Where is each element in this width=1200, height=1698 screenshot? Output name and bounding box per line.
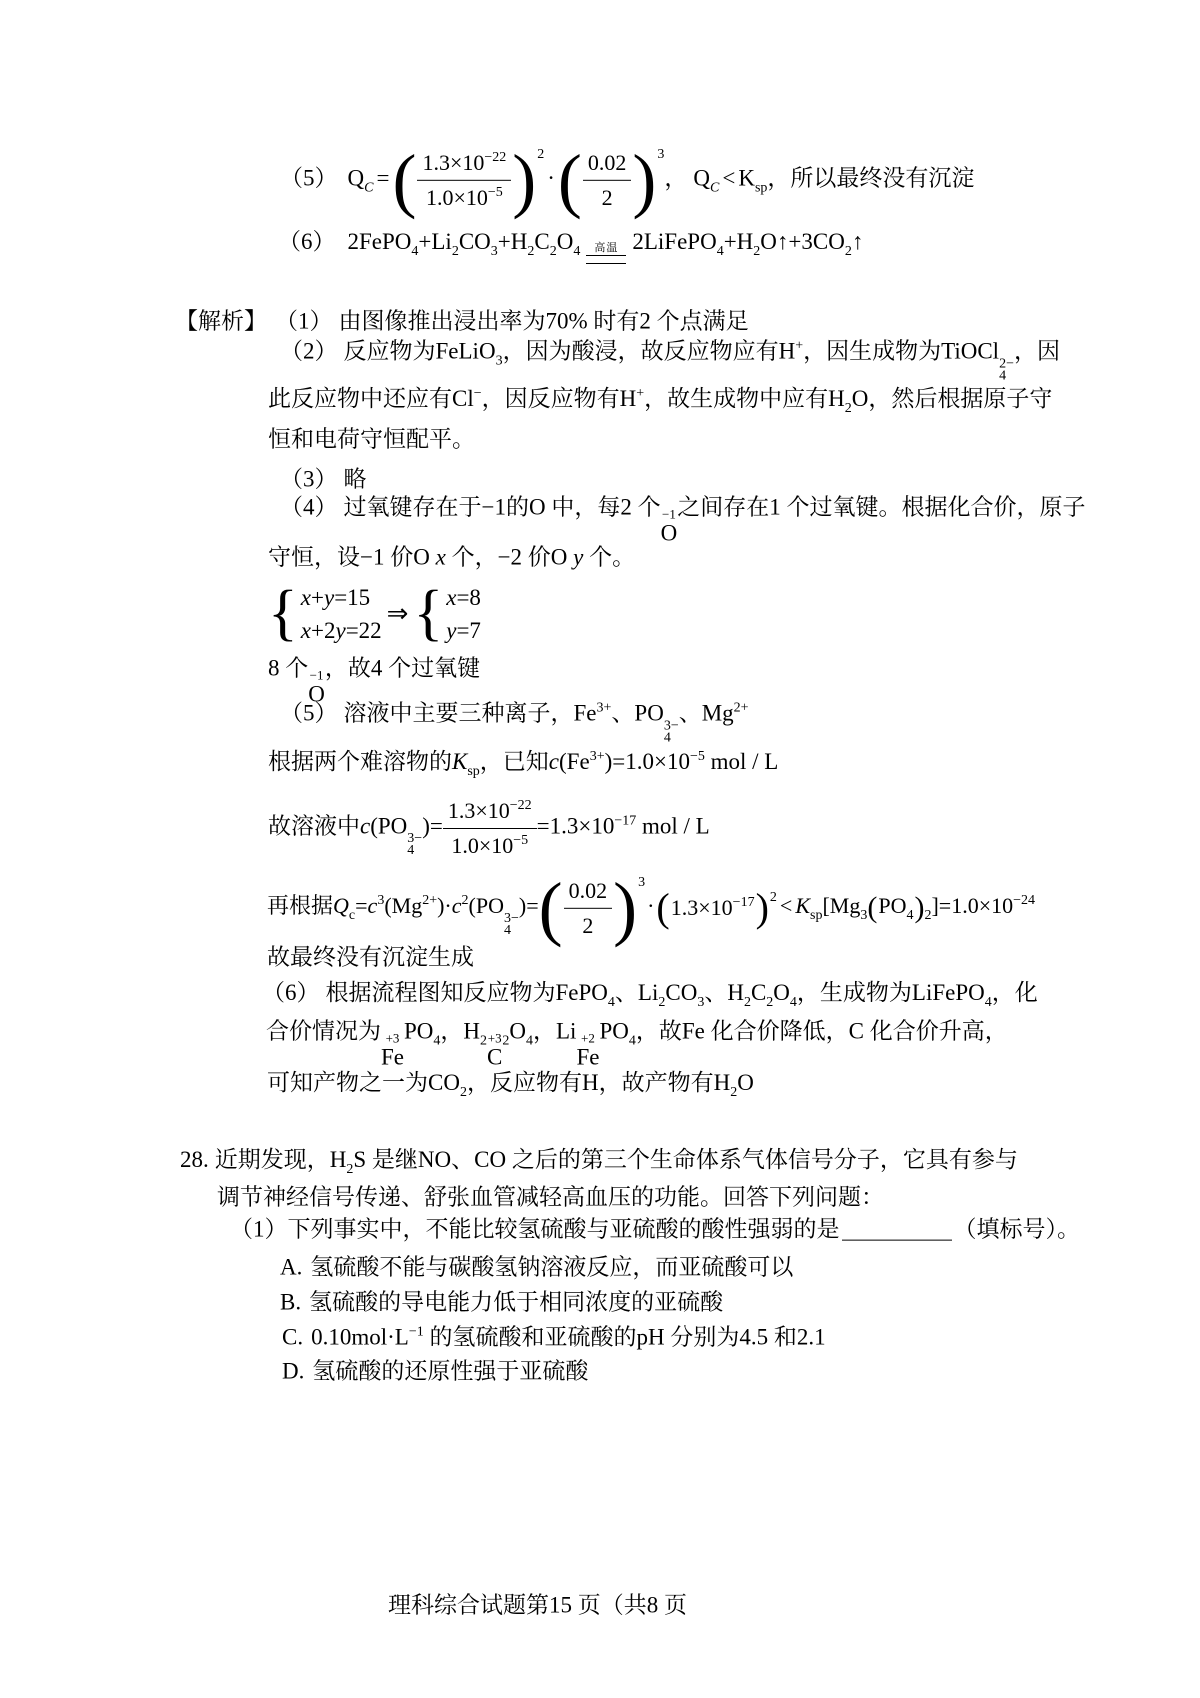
text: (PO (469, 893, 504, 918)
text: +Li (418, 229, 451, 254)
text: 1.3×10 (448, 798, 510, 823)
ans5-qc-formula: （5）QC=(1.3×10−221.0×10−5)2·(0.022)3，QC<K… (280, 146, 974, 214)
text: 、Mg (679, 701, 734, 726)
fraction: 1.3×10−221.0×10−5 (443, 796, 537, 860)
text: =1.3×10 (537, 813, 615, 838)
analysis-item3: （3）略 (280, 466, 367, 495)
math-variable: c (360, 813, 370, 838)
subscript: 2 (460, 1085, 467, 1100)
subscript: 4 (717, 244, 724, 259)
text: (Mg (384, 893, 422, 918)
text: Q (348, 165, 365, 190)
math-variable: x (446, 585, 456, 610)
analysis-item4-equations: {x+y=15x+2y=22⇒{x=8y=7 (268, 586, 481, 642)
sub-sup-stack: 3−4 (407, 833, 422, 857)
text: 略 (344, 467, 367, 492)
subscript: 2 (744, 995, 751, 1010)
text: ，生成物为LiFePO (797, 980, 985, 1005)
text: [Mg (822, 893, 860, 918)
text: ↑ (852, 229, 864, 254)
superscript: −24 (1013, 893, 1035, 908)
text: 故最终没有沉淀生成 (267, 945, 474, 970)
valence-over-label: +3C (487, 1032, 502, 1069)
text: （5） (280, 701, 338, 726)
valence-over-label: +2Fe (576, 1032, 599, 1069)
text: H (463, 1019, 480, 1044)
text: 个。 (583, 545, 635, 570)
analysis-item2-line3: 恒和电荷守恒配平。 (268, 426, 475, 455)
text: = (376, 165, 389, 190)
text: O (557, 229, 574, 254)
text: 氢硫酸的导电能力低于相同浓度的亚硫酸 (309, 1290, 723, 1315)
analysis-item5-line5: 故最终没有沉淀生成 (267, 944, 474, 973)
q28-intro-line1: 28.近期发现，H2S 是继NO、CO 之后的第三个生命体系气体信号分子，它具有… (180, 1146, 1018, 1179)
text: +H (724, 229, 754, 254)
text: PO (878, 893, 906, 918)
valence-over-label: +3Fe (381, 1032, 404, 1069)
equation-system: {x=8y=7 (413, 586, 480, 642)
text: 合价情况为 (266, 1019, 381, 1044)
text: ，化 (992, 980, 1038, 1005)
sub-sup-stack: 3−4 (664, 721, 679, 745)
analysis-item6-line2: 合价情况为+3FePO4，H2+3C2O4，Li+2FePO4，故Fe 化合价降… (266, 1018, 1008, 1069)
text: 28. (180, 1147, 209, 1172)
subscript: 4 (608, 995, 615, 1010)
text: 此反应物中还应有Cl (268, 386, 474, 411)
text: ， (440, 1019, 463, 1044)
text: Q (693, 165, 710, 190)
text: （6） (262, 980, 320, 1005)
valence-over-label: −1O (661, 508, 678, 545)
analysis-item2-line1: （2）反应物为FeLiO3，因为酸浸，故反应物应有H+，因生成物为TiOCl2−… (280, 338, 1060, 383)
fraction: 0.022 (564, 876, 613, 940)
analysis-item4-line2: 守恒，设−1 价O x 个，−2 价O y 个。 (268, 544, 635, 573)
math-variable: y (446, 618, 456, 643)
text: 恒和电荷守恒配平。 (268, 427, 475, 452)
subscript: C (710, 180, 719, 195)
paren-group: (0.022)3 (558, 146, 664, 214)
text: mol / L (636, 813, 709, 838)
analysis-item5-line2: 根据两个难溶物的Ksp，已知c(Fe3+)=1.0×10−5 mol / L (268, 748, 778, 781)
math-variable: x (436, 545, 446, 570)
text: 8 个 (268, 656, 308, 681)
sub-sup-stack: 3−4 (504, 913, 519, 937)
text: CO (459, 229, 491, 254)
subscript: 2 (845, 244, 852, 259)
text: C. (282, 1325, 303, 1350)
superscript: −5 (513, 833, 528, 848)
subscript: 3 (496, 354, 503, 369)
superscript: −22 (484, 150, 506, 165)
text: (Fe (559, 749, 590, 774)
math-variable: x (301, 585, 311, 610)
subscript: sp (467, 764, 479, 779)
text: ]=1.0×10 (931, 893, 1013, 918)
text: D. (282, 1359, 304, 1384)
analysis-item5-line1: （5）溶液中主要三种离子，Fe3+、PO3−4、Mg2+ (280, 700, 749, 745)
text: 之间存在1 个过氧键。根据化合价，原子 (677, 495, 1085, 520)
text: ，故生成物中应有H (644, 386, 845, 411)
superscript: 2+ (422, 893, 437, 908)
text: 故溶液中 (268, 813, 360, 838)
text: ，因生成物为TiOCl (803, 339, 999, 364)
text: ，故Fe 化合价降低，C 化合价升高， (636, 1019, 1008, 1044)
ans6-equation: （6）2FePO4+Li2CO3+H2C2O4高温2LiFePO4+H2O↑+3… (278, 228, 863, 264)
subscript: 2 (452, 244, 459, 259)
text: 0.02 (588, 150, 627, 175)
text: 根据两个难溶物的 (268, 749, 452, 774)
text: )=1.0×10 (605, 749, 690, 774)
text: 可知产物之一为CO (267, 1070, 460, 1095)
q28-option-a: A.氢硫酸不能与碳酸氢钠溶液反应，而亚硫酸可以 (280, 1254, 793, 1283)
analysis-item5-line3: 故溶液中c(PO3−4)=1.3×10−221.0×10−5=1.3×10−17… (268, 796, 710, 860)
text: O，然后根据原子守 (852, 386, 1053, 411)
page-footer: 理科综合试题第15 页（共8 页 (388, 1592, 687, 1621)
math-variable: c (452, 893, 462, 918)
analysis-item6-line3: 可知产物之一为CO2，反应物有H，故产物有H2O (267, 1069, 754, 1102)
math-variable: x (301, 618, 311, 643)
sub-sup-stack: 2−4 (999, 359, 1014, 383)
reaction-condition-equals: 高温 (586, 243, 626, 264)
text: )= (422, 813, 443, 838)
math-variable: y (335, 618, 345, 643)
text: ，因 (1014, 339, 1060, 364)
text: ，因反应物有H (482, 386, 637, 411)
text: 0.10mol·L (311, 1325, 409, 1350)
text: +2 (311, 618, 335, 643)
subscript: 2 (480, 1034, 487, 1049)
text: =8 (456, 585, 480, 610)
text: < (722, 165, 735, 190)
q28-option-d: D.氢硫酸的还原性强于亚硫酸 (282, 1358, 588, 1387)
text: ，因为酸浸，故反应物应有H (503, 339, 796, 364)
analysis-item6-line1: （6）根据流程图知反应物为FePO4、Li2CO3、H2C2O4，生成物为LiF… (262, 979, 1038, 1012)
fraction: 1.3×10−221.0×10−5 (417, 148, 511, 212)
subscript: sp (755, 180, 767, 195)
text: （填标号）。 (954, 1217, 1081, 1242)
text: ， (664, 165, 687, 190)
text: CO (665, 980, 697, 1005)
subscript: 2 (845, 401, 852, 416)
text: 、PO (611, 701, 663, 726)
superscript: −1 (409, 1325, 424, 1340)
math-variable: y (324, 585, 334, 610)
text: 、Li (615, 980, 658, 1005)
text: 氢硫酸的还原性强于亚硫酸 (312, 1359, 588, 1384)
text: （1）下列事实中，不能比较氢硫酸与亚硫酸的酸性强弱的是 (230, 1217, 840, 1242)
text: （3） (280, 467, 338, 492)
analysis-item1: 【解析】（1）由图像推出浸出率为70% 时有2 个点满足 (175, 308, 749, 337)
exam-document-page: （5）QC=(1.3×10−221.0×10−5)2·(0.022)3，QC<K… (0, 0, 1200, 1698)
text: =7 (456, 618, 480, 643)
superscript: − (474, 386, 482, 401)
text: =22 (346, 618, 382, 643)
text: 1.3×10 (671, 895, 733, 920)
text: 2FePO (348, 229, 412, 254)
text: 1.3×10 (422, 150, 484, 175)
text: O (737, 1070, 754, 1095)
text: 守恒，设−1 价O (268, 545, 436, 570)
subscript: 2 (550, 244, 557, 259)
text: 个，−2 价O (446, 545, 573, 570)
text: 氢硫酸不能与碳酸氢钠溶液反应，而亚硫酸可以 (310, 1255, 793, 1280)
text: )= (519, 893, 539, 918)
analysis-item5-line4: 再根据Qc=c3(Mg2+)·c2(PO3−4)=(0.022)3·(1.3×1… (267, 874, 1035, 942)
text: 的氢硫酸和亚硫酸的pH 分别为4.5 和2.1 (424, 1325, 826, 1350)
text: 1.0×10 (426, 184, 488, 209)
blank-underline (842, 1217, 952, 1241)
math-variable: K (452, 749, 467, 774)
equation-system: {x+y=15x+2y=22 (268, 586, 382, 642)
subscript: 4 (573, 244, 580, 259)
text: · (647, 893, 654, 918)
text: 【解析】 (175, 309, 267, 334)
text: ，已知 (480, 749, 549, 774)
text: （2） (280, 339, 338, 364)
footer-text: 理科综合试题第15 页（共8 页 (388, 1593, 687, 1618)
text: ，所以最终没有沉淀 (767, 165, 974, 190)
text: ，故4 个过氧键 (325, 656, 480, 681)
q28-intro-line2: 调节神经信号传递、舒张血管减轻高血压的功能。回答下列问题： (217, 1184, 884, 1213)
text: A. (280, 1255, 302, 1280)
text: +H (498, 229, 528, 254)
superscript: −5 (690, 749, 705, 764)
q28-option-c: C.0.10mol·L−1 的氢硫酸和亚硫酸的pH 分别为4.5 和2.1 (282, 1324, 826, 1353)
implies-arrow: ⇒ (387, 598, 409, 631)
text: O (509, 1019, 526, 1044)
paren-group: (PO4) (867, 892, 924, 925)
subscript: 4 (629, 1034, 636, 1049)
text: （1） (275, 309, 333, 334)
text: 过氧键存在于−1的O 中，每2 个 (344, 495, 661, 520)
subscript: sp (810, 908, 822, 923)
text: S 是继NO、CO 之后的第三个生命体系气体信号分子，它具有参与 (353, 1147, 1017, 1172)
text: O (773, 980, 790, 1005)
subscript: 3 (860, 908, 867, 923)
text: = (355, 893, 367, 918)
superscript: −17 (614, 813, 636, 828)
text: 0.02 (569, 878, 608, 903)
subscript: 3 (491, 244, 498, 259)
superscript: 2 (462, 893, 469, 908)
q28-option-b: B.氢硫酸的导电能力低于相同浓度的亚硫酸 (280, 1289, 723, 1318)
text: O↑+3CO (760, 229, 845, 254)
superscript: −5 (488, 184, 503, 199)
analysis-item4-line1: （4）过氧键存在于−1的O 中，每2 个−1O之间存在1 个过氧键。根据化合价，… (280, 494, 1085, 545)
text: PO (599, 1019, 628, 1044)
math-variable: y (573, 545, 583, 570)
q28-part1-question: （1）下列事实中，不能比较氢硫酸与亚硫酸的酸性强弱的是（填标号）。 (230, 1216, 1080, 1245)
text: =15 (334, 585, 370, 610)
paren-group: (1.3×10−17)2 (656, 889, 776, 927)
text: 调节神经信号传递、舒张血管减轻高血压的功能。回答下列问题： (217, 1185, 884, 1210)
superscript: 3+ (597, 701, 612, 716)
text: )· (437, 893, 452, 918)
analysis-item4-line3: 8 个−1O，故4 个过氧键 (268, 655, 480, 706)
subscript: 4 (985, 995, 992, 1010)
math-variable: K (795, 893, 810, 918)
text: Li (556, 1019, 576, 1044)
text: C (751, 980, 766, 1005)
text: PO (404, 1019, 433, 1044)
text: （6） (278, 229, 336, 254)
text: C (534, 229, 549, 254)
text: 近期发现，H (215, 1147, 347, 1172)
text: mol / L (705, 749, 778, 774)
text: B. (280, 1290, 301, 1315)
text: 根据流程图知反应物为FePO (326, 980, 608, 1005)
math-variable: Q (333, 893, 349, 918)
text: ，反应物有H，故产物有H (467, 1070, 730, 1095)
text: K (738, 165, 755, 190)
paren-group: (0.022)3 (539, 874, 645, 942)
analysis-item2-line2: 此反应物中还应有Cl−，因反应物有H+，故生成物中应有H2O，然后根据原子守 (268, 385, 1052, 418)
text: （4） (280, 495, 338, 520)
subscript: C (364, 180, 373, 195)
text: 、H (704, 980, 744, 1005)
text: + (311, 585, 324, 610)
superscript: + (795, 339, 803, 354)
text: < (780, 893, 792, 918)
text: 溶液中主要三种离子，Fe (344, 701, 597, 726)
math-variable: c (368, 893, 378, 918)
text: (PO (370, 813, 407, 838)
math-variable: c (549, 749, 559, 774)
text: 2 (602, 184, 613, 209)
superscript: + (636, 386, 644, 401)
superscript: 2+ (734, 701, 749, 716)
subscript: 4 (906, 908, 913, 923)
subscript: 4 (526, 1034, 533, 1049)
text: 1.0×10 (451, 833, 513, 858)
text: 反应物为FeLiO (344, 339, 496, 364)
superscript: −17 (733, 895, 755, 910)
superscript: 3+ (590, 749, 605, 764)
fraction: 0.022 (583, 148, 632, 212)
superscript: −22 (510, 798, 532, 813)
paren-group: (1.3×10−221.0×10−5)2 (392, 146, 544, 214)
text: 再根据 (267, 893, 333, 918)
text: 2LiFePO (632, 229, 716, 254)
text: 由图像推出浸出率为70% 时有2 个点满足 (339, 309, 749, 334)
text: · (547, 165, 555, 190)
text: 2 (582, 912, 593, 937)
text: ， (533, 1019, 556, 1044)
text: （5） (280, 165, 338, 190)
subscript: 4 (790, 995, 797, 1010)
